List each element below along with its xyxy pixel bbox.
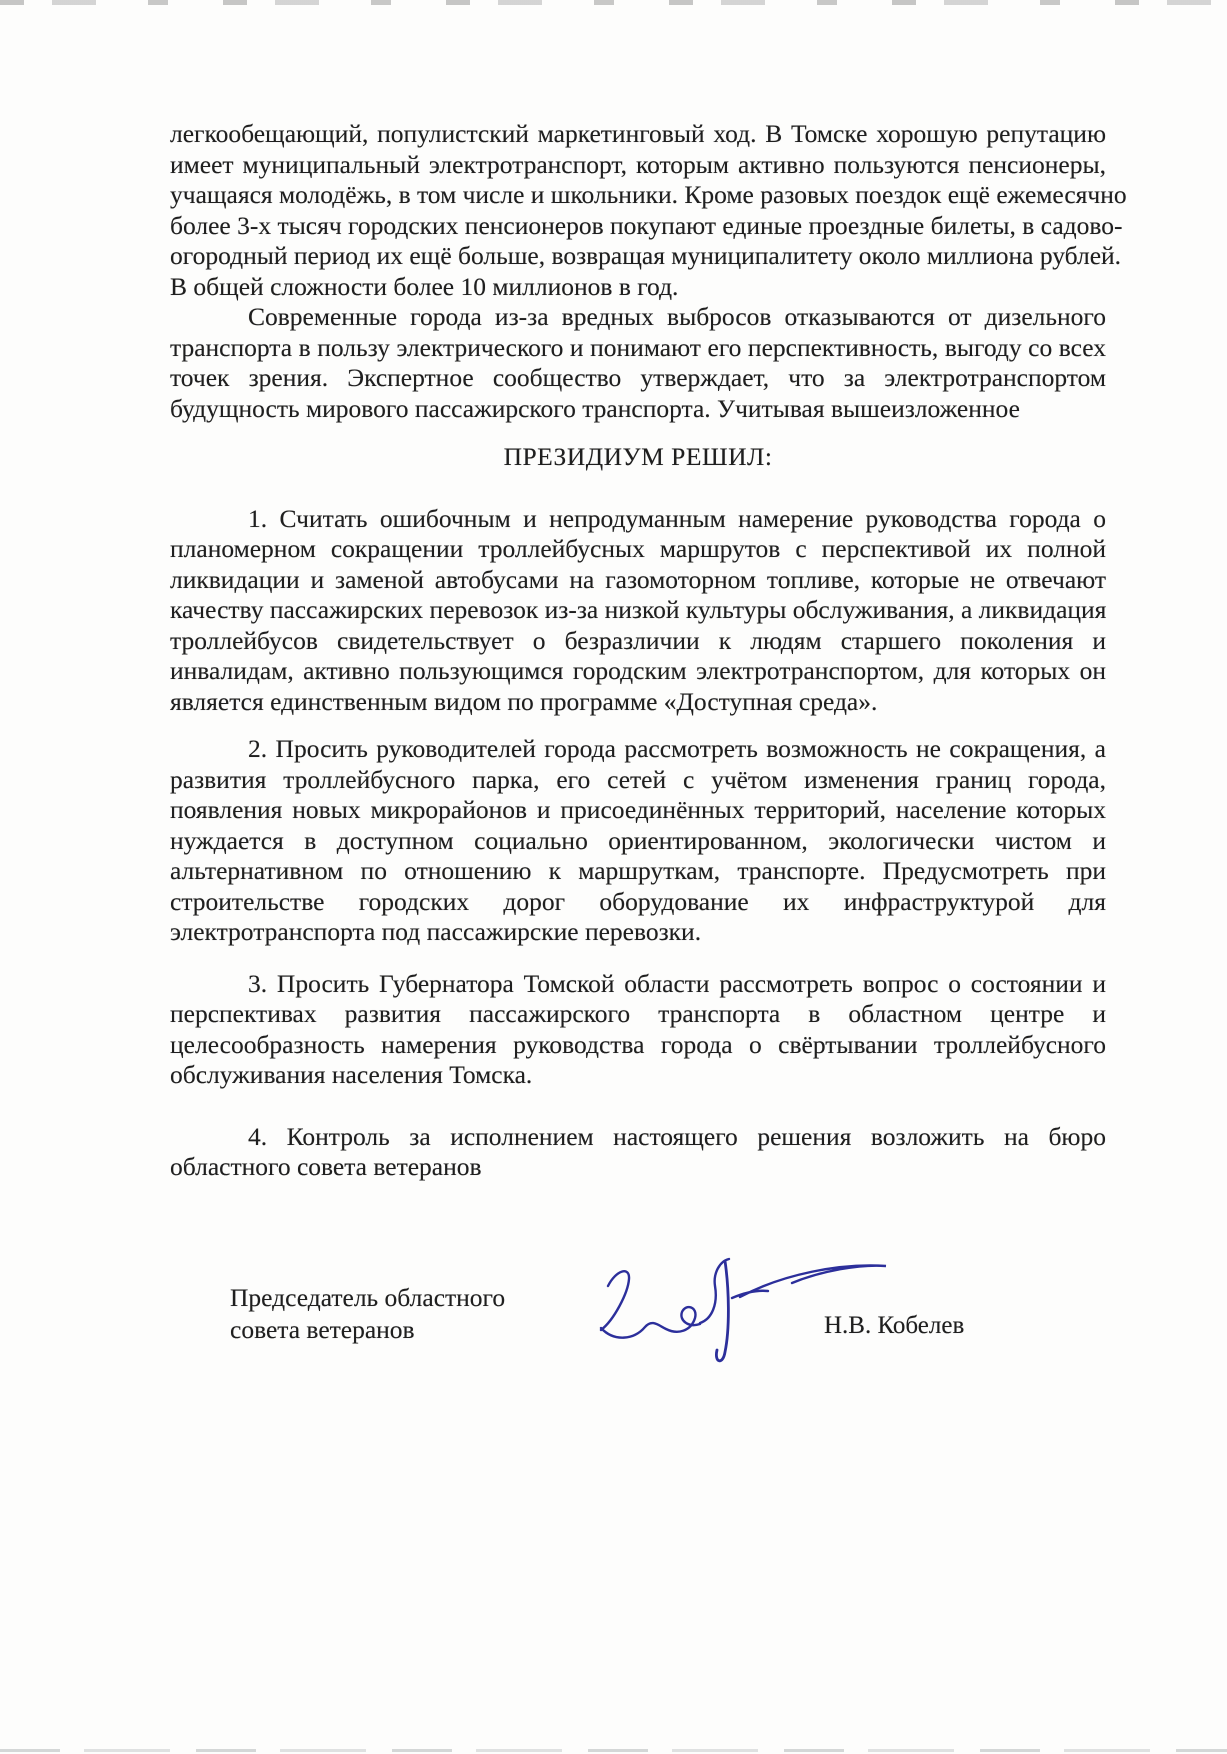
text-line: более 3-х тысяч городских пенсионеров по… [170,211,1106,242]
text-line: Современные города из-за вредных выбросо… [170,302,1106,333]
handwritten-signature [578,1246,908,1374]
intro-paragraphs: легкообещающий, популистский маркетингов… [170,119,1106,424]
text-line: нуждается в доступном социально ориентир… [170,826,1106,857]
text-line: областного совета ветеранов [170,1152,1106,1183]
text-line: появления новых микрорайонов и присоедин… [170,795,1106,826]
text-line: 1. Считать ошибочным и непродуманным нам… [170,504,1106,535]
text-line: точек зрения. Экспертное сообщество утве… [170,363,1106,394]
text-line: 2. Просить руководителей города рассмотр… [170,734,1106,765]
paragraph: 4. Контроль за исполнением настоящего ре… [170,1122,1106,1183]
signature-title-line2: совета ветеранов [230,1314,505,1346]
paragraph: легкообещающий, популистский маркетингов… [170,119,1106,302]
resolution-items: 1. Считать ошибочным и непродуманным нам… [170,504,1106,1183]
text-line: транспорта в пользу электрического и пон… [170,333,1106,364]
signature-title-line1: Председатель областного [230,1282,505,1314]
text-line: является единственным видом по программе… [170,687,1106,718]
text-line: перспективах развития пассажирского тран… [170,999,1106,1030]
text-line: будущность мирового пассажирского трансп… [170,394,1106,425]
text-line: строительстве городских дорог оборудован… [170,887,1106,918]
text-line: легкообещающий, популистский маркетингов… [170,119,1106,150]
scan-bottom-edge-artifact [0,1749,1227,1752]
text-line: 4. Контроль за исполнением настоящего ре… [170,1122,1106,1153]
text-line: электротранспорта под пассажирские перев… [170,917,1106,948]
resolution-heading: ПРЕЗИДИУМ РЕШИЛ: [170,442,1106,473]
paragraph: Современные города из-за вредных выбросо… [170,302,1106,424]
scan-top-edge-artifact [0,0,1227,5]
signature-title: Председатель областного совета ветеранов [230,1282,505,1346]
scanned-document-page: легкообещающий, популистский маркетингов… [0,0,1227,1754]
text-line: качеству пассажирских перевозок из-за ни… [170,595,1106,626]
text-line: учащаяся молодёжь, в том числе и школьни… [170,180,1106,211]
document-text-column: легкообещающий, популистский маркетингов… [170,119,1106,1183]
text-line: огородный период их ещё больше, возвраща… [170,241,1106,272]
text-line: целесообразность намерения руководства г… [170,1030,1106,1061]
paragraph: 1. Считать ошибочным и непродуманным нам… [170,504,1106,718]
text-line: обслуживания населения Томска. [170,1060,1106,1091]
text-line: троллейбусов свидетельствует о безразлич… [170,626,1106,657]
paragraph: 3. Просить Губернатора Томской области р… [170,969,1106,1091]
text-line: В общей сложности более 10 миллионов в г… [170,272,1106,303]
text-line: 3. Просить Губернатора Томской области р… [170,969,1106,1000]
text-line: инвалидам, активно пользующимся городски… [170,656,1106,687]
signature-name: Н.В. Кобелев [824,1312,964,1340]
text-line: имеет муниципальный электротранспорт, ко… [170,150,1106,181]
text-line: альтернативном по отношению к маршруткам… [170,856,1106,887]
text-line: развития троллейбусного парка, его сетей… [170,765,1106,796]
text-line: планомерном сокращении троллейбусных мар… [170,534,1106,565]
paragraph: 2. Просить руководителей города рассмотр… [170,734,1106,948]
text-line: ликвидации и заменой автобусами на газом… [170,565,1106,596]
